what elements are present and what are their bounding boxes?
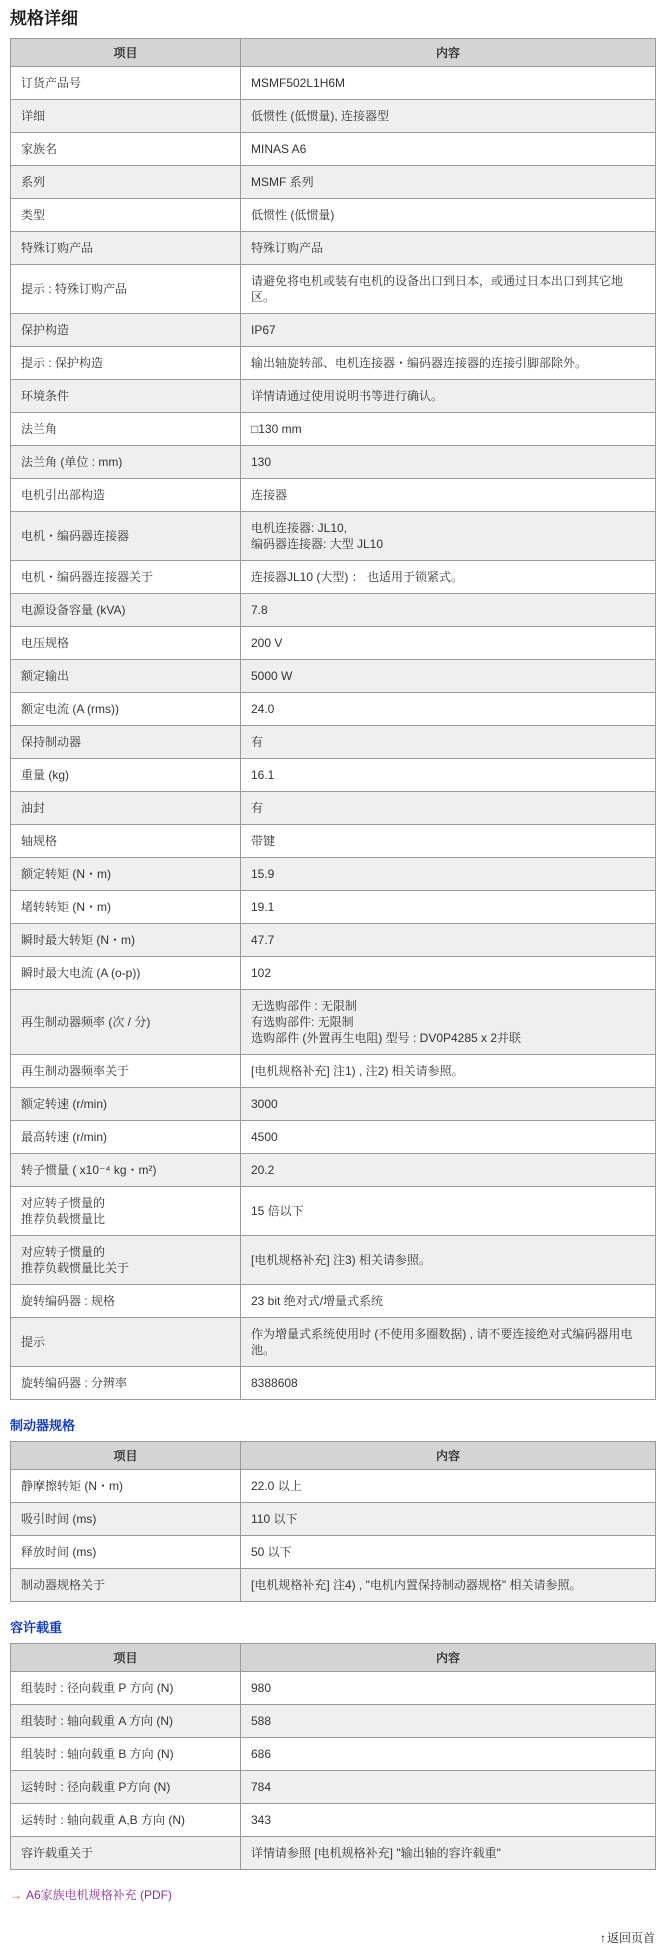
table-row: 提示 : 特殊订购产品请避免将电机或装有电机的设备出口到日本，或通过日本出口到其… — [11, 265, 656, 314]
text-line: 130 — [251, 454, 645, 470]
text-line: 16.1 — [251, 767, 645, 783]
text-line: 7.8 — [251, 602, 645, 618]
text-line: 连接器 — [251, 487, 645, 503]
section-spec-details: 项目 内容 订货产品号MSMF502L1H6M详细低惯性 (低惯量), 连接器型… — [10, 38, 655, 1400]
back-to-top-row: ↑返回页首 — [10, 1930, 655, 1946]
table-row: 保护构造IP67 — [11, 314, 656, 347]
text-line: 提示 : 保护构造 — [21, 355, 230, 371]
text-line: 有 — [251, 800, 645, 816]
table-row: 详细低惯性 (低惯量), 连接器型 — [11, 100, 656, 133]
text-line: IP67 — [251, 322, 645, 338]
spec-item-cell: 电机・编码器连接器 — [11, 512, 241, 561]
text-line: 对应转子惯量的 — [21, 1195, 230, 1211]
table-row: 提示 : 保护构造输出轴旋转部、电机连接器・编码器连接器的连接引脚部除外。 — [11, 347, 656, 380]
table-row: 法兰角 (单位 : mm)130 — [11, 446, 656, 479]
text-line: 5000 W — [251, 668, 645, 684]
table-row: 组装时 : 径向载重 P 方向 (N)980 — [11, 1672, 656, 1705]
table-row: 额定转速 (r/min)3000 — [11, 1088, 656, 1121]
text-line: 电机・编码器连接器 — [21, 528, 230, 544]
text-line: 提示 — [21, 1334, 230, 1350]
spec-value-cell: 980 — [241, 1672, 656, 1705]
table-row: 电机・编码器连接器电机连接器: JL10,编码器连接器: 大型 JL10 — [11, 512, 656, 561]
text-line: 特殊订购产品 — [21, 240, 230, 256]
spec-item-cell: 油封 — [11, 792, 241, 825]
spec-value-cell: 20.2 — [241, 1154, 656, 1187]
text-line: 堵转转矩 (N・m) — [21, 899, 230, 915]
text-line: 作为增量式系统使用时 (不使用多圈数据) , 请不要连接绝对式编码器用电池。 — [251, 1326, 645, 1358]
text-line: 连接器JL10 (大型) ： 也适用于锁紧式。 — [251, 569, 645, 585]
spec-value-cell: 4500 — [241, 1121, 656, 1154]
text-line: 再生制动器频率 (次 / 分) — [21, 1014, 230, 1030]
text-line: 47.7 — [251, 932, 645, 948]
text-line: 轴规格 — [21, 833, 230, 849]
spec-value-cell: 110 以下 — [241, 1503, 656, 1536]
text-line: 对应转子惯量的 — [21, 1244, 230, 1260]
text-line: 详情请通过使用说明书等进行确认。 — [251, 388, 645, 404]
spec-item-cell: 瞬时最大电流 (A (o-p)) — [11, 957, 241, 990]
table-header-row: 项目 内容 — [11, 1442, 656, 1470]
spec-item-cell: 电源设备容量 (kVA) — [11, 594, 241, 627]
spec-item-cell: 释放时间 (ms) — [11, 1536, 241, 1569]
column-header-content: 内容 — [241, 39, 656, 67]
spec-value-cell: 15.9 — [241, 858, 656, 891]
spec-value-cell: 特殊订购产品 — [241, 232, 656, 265]
text-line: [电机规格补充] 注4) , "电机内置保持制动器规格" 相关请参照。 — [251, 1577, 645, 1593]
text-line: 23 bit 绝对式/增量式系统 — [251, 1293, 645, 1309]
table-row: 转子惯量 ( x10⁻⁴ kg・m²)20.2 — [11, 1154, 656, 1187]
text-line: 电机引出部构造 — [21, 487, 230, 503]
spec-value-cell: 784 — [241, 1771, 656, 1804]
text-line: 释放时间 (ms) — [21, 1544, 230, 1560]
text-line: 保持制动器 — [21, 734, 230, 750]
spec-item-cell: 转子惯量 ( x10⁻⁴ kg・m²) — [11, 1154, 241, 1187]
text-line: 电压规格 — [21, 635, 230, 651]
column-header-item: 项目 — [11, 1442, 241, 1470]
text-line: 家族名 — [21, 141, 230, 157]
table-row: 家族名MINAS A6 — [11, 133, 656, 166]
spec-item-cell: 额定电流 (A (rms)) — [11, 693, 241, 726]
text-line: 法兰角 — [21, 421, 230, 437]
spec-value-cell: 19.1 — [241, 891, 656, 924]
text-line: 有选购部件: 无限制 — [251, 1014, 645, 1030]
spec-item-cell: 提示 : 特殊订购产品 — [11, 265, 241, 314]
spec-item-cell: 堵转转矩 (N・m) — [11, 891, 241, 924]
text-line: 3000 — [251, 1096, 645, 1112]
text-line: 20.2 — [251, 1162, 645, 1178]
arrow-up-icon: ↑ — [600, 1931, 606, 1945]
spec-value-cell: [电机规格补充] 注3) 相关请参照。 — [241, 1236, 656, 1285]
table-row: 法兰角□130 mm — [11, 413, 656, 446]
table-row: 瞬时最大转矩 (N・m)47.7 — [11, 924, 656, 957]
table-row: 轴规格带键 — [11, 825, 656, 858]
spec-item-cell: 静摩擦转矩 (N・m) — [11, 1470, 241, 1503]
table-row: 瞬时最大电流 (A (o-p))102 — [11, 957, 656, 990]
spec-value-cell: 22.0 以上 — [241, 1470, 656, 1503]
brake-spec-heading: 制动器规格 — [10, 1418, 655, 1434]
table-row: 静摩擦转矩 (N・m)22.0 以上 — [11, 1470, 656, 1503]
spec-value-cell: 有 — [241, 792, 656, 825]
spec-item-cell: 制动器规格关于 — [11, 1569, 241, 1602]
spec-item-cell: 家族名 — [11, 133, 241, 166]
spec-item-cell: 额定转速 (r/min) — [11, 1088, 241, 1121]
column-header-content: 内容 — [241, 1442, 656, 1470]
text-line: 686 — [251, 1746, 645, 1762]
text-line: 343 — [251, 1812, 645, 1828]
table-row: 额定电流 (A (rms))24.0 — [11, 693, 656, 726]
spec-value-cell: 15 倍以下 — [241, 1187, 656, 1236]
spec-value-cell: 200 V — [241, 627, 656, 660]
text-line: 静摩擦转矩 (N・m) — [21, 1478, 230, 1494]
spec-value-cell: 带键 — [241, 825, 656, 858]
spec-item-cell: 旋转编码器 : 分辨率 — [11, 1367, 241, 1400]
spec-value-cell: 请避免将电机或装有电机的设备出口到日本，或通过日本出口到其它地区。 — [241, 265, 656, 314]
spec-item-cell: 法兰角 (单位 : mm) — [11, 446, 241, 479]
text-line: 系列 — [21, 174, 230, 190]
text-line: 50 以下 — [251, 1544, 645, 1560]
text-line: 588 — [251, 1713, 645, 1729]
table-row: 对应转子惯量的推荐负载惯量比15 倍以下 — [11, 1187, 656, 1236]
spec-item-cell: 额定输出 — [11, 660, 241, 693]
spec-item-cell: 瞬时最大转矩 (N・m) — [11, 924, 241, 957]
text-line: 运转时 : 轴向载重 A,B 方向 (N) — [21, 1812, 230, 1828]
spec-value-cell: IP67 — [241, 314, 656, 347]
pdf-link-row: →A6家族电机规格补充 (PDF) — [10, 1886, 655, 1904]
table-row: 油封有 — [11, 792, 656, 825]
table-row: 订货产品号MSMF502L1H6M — [11, 67, 656, 100]
table-row: 运转时 : 径向载重 P方向 (N)784 — [11, 1771, 656, 1804]
spec-item-cell: 提示 — [11, 1318, 241, 1367]
text-line: 旋转编码器 : 规格 — [21, 1293, 230, 1309]
spec-item-cell: 旋转编码器 : 规格 — [11, 1285, 241, 1318]
table-row: 旋转编码器 : 分辨率8388608 — [11, 1367, 656, 1400]
text-line: 推荐负载惯量比关于 — [21, 1260, 230, 1276]
spec-value-cell: MINAS A6 — [241, 133, 656, 166]
spec-item-cell: 对应转子惯量的推荐负载惯量比关于 — [11, 1236, 241, 1285]
text-line: [电机规格补充] 注1) , 注2) 相关请参照。 — [251, 1063, 645, 1079]
spec-item-cell: 对应转子惯量的推荐负载惯量比 — [11, 1187, 241, 1236]
text-line: 油封 — [21, 800, 230, 816]
spec-value-cell: 低惯性 (低惯量) — [241, 199, 656, 232]
spec-item-cell: 电压规格 — [11, 627, 241, 660]
text-line: MSMF 系列 — [251, 174, 645, 190]
spec-item-cell: 额定转矩 (N・m) — [11, 858, 241, 891]
text-line: □130 mm — [251, 421, 645, 437]
text-line: 4500 — [251, 1129, 645, 1145]
spec-value-cell: 5000 W — [241, 660, 656, 693]
text-line: 详情请参照 [电机规格补充] "输出轴的容许载重" — [251, 1845, 645, 1861]
text-line: 电机・编码器连接器关于 — [21, 569, 230, 585]
table-row: 额定输出5000 W — [11, 660, 656, 693]
text-line: 重量 (kg) — [21, 767, 230, 783]
column-header-content: 内容 — [241, 1644, 656, 1672]
spec-item-cell: 运转时 : 径向载重 P方向 (N) — [11, 1771, 241, 1804]
text-line: 电机连接器: JL10, — [251, 520, 645, 536]
text-line: 环境条件 — [21, 388, 230, 404]
spec-value-cell: 23 bit 绝对式/增量式系统 — [241, 1285, 656, 1318]
text-line: 容许载重关于 — [21, 1845, 230, 1861]
table-row: 制动器规格关于[电机规格补充] 注4) , "电机内置保持制动器规格" 相关请参… — [11, 1569, 656, 1602]
spec-value-cell: 输出轴旋转部、电机连接器・编码器连接器的连接引脚部除外。 — [241, 347, 656, 380]
spec-value-cell: 电机连接器: JL10,编码器连接器: 大型 JL10 — [241, 512, 656, 561]
table-row: 系列MSMF 系列 — [11, 166, 656, 199]
text-line: MINAS A6 — [251, 141, 645, 157]
spec-value-cell: 7.8 — [241, 594, 656, 627]
spec-value-cell: 连接器 — [241, 479, 656, 512]
text-line: 保护构造 — [21, 322, 230, 338]
spec-item-cell: 轴规格 — [11, 825, 241, 858]
table-row: 容许载重关于详情请参照 [电机规格补充] "输出轴的容许载重" — [11, 1837, 656, 1870]
text-line: 980 — [251, 1680, 645, 1696]
section-brake-spec: 制动器规格 项目 内容 静摩擦转矩 (N・m)22.0 以上吸引时间 (ms)1… — [10, 1418, 655, 1602]
spec-value-cell: MSMF 系列 — [241, 166, 656, 199]
spec-value-cell: 作为增量式系统使用时 (不使用多圈数据) , 请不要连接绝对式编码器用电池。 — [241, 1318, 656, 1367]
spec-item-cell: 详细 — [11, 100, 241, 133]
table-row: 最高转速 (r/min)4500 — [11, 1121, 656, 1154]
spec-item-cell: 容许载重关于 — [11, 1837, 241, 1870]
text-line: 低惯性 (低惯量), 连接器型 — [251, 108, 645, 124]
spec-item-cell: 类型 — [11, 199, 241, 232]
spec-value-cell: 24.0 — [241, 693, 656, 726]
table-row: 运转时 : 轴向载重 A,B 方向 (N)343 — [11, 1804, 656, 1837]
text-line: 制动器规格关于 — [21, 1577, 230, 1593]
text-line: 低惯性 (低惯量) — [251, 207, 645, 223]
text-line: 电源设备容量 (kVA) — [21, 602, 230, 618]
pdf-link-label: A6家族电机规格补充 (PDF) — [26, 1888, 172, 1902]
text-line: 组装时 : 径向载重 P 方向 (N) — [21, 1680, 230, 1696]
table-row: 电源设备容量 (kVA)7.8 — [11, 594, 656, 627]
column-header-item: 项目 — [11, 39, 241, 67]
text-line: 输出轴旋转部、电机连接器・编码器连接器的连接引脚部除外。 — [251, 355, 645, 371]
spec-value-cell: 588 — [241, 1705, 656, 1738]
page-title: 规格详细 — [10, 8, 655, 30]
table-row: 提示作为增量式系统使用时 (不使用多圈数据) , 请不要连接绝对式编码器用电池。 — [11, 1318, 656, 1367]
table-header-row: 项目 内容 — [11, 1644, 656, 1672]
text-line: 8388608 — [251, 1375, 645, 1391]
section-allowable-load: 容许载重 项目 内容 组装时 : 径向载重 P 方向 (N)980组装时 : 轴… — [10, 1620, 655, 1870]
text-line: 编码器连接器: 大型 JL10 — [251, 536, 645, 552]
spec-item-cell: 吸引时间 (ms) — [11, 1503, 241, 1536]
text-line: 吸引时间 (ms) — [21, 1511, 230, 1527]
text-line: 19.1 — [251, 899, 645, 915]
spec-item-cell: 特殊订购产品 — [11, 232, 241, 265]
text-line: 额定输出 — [21, 668, 230, 684]
spec-value-cell: 343 — [241, 1804, 656, 1837]
text-line: 110 以下 — [251, 1511, 645, 1527]
spec-value-cell: □130 mm — [241, 413, 656, 446]
text-line: 15.9 — [251, 866, 645, 882]
text-line: 额定转矩 (N・m) — [21, 866, 230, 882]
table-row: 旋转编码器 : 规格23 bit 绝对式/增量式系统 — [11, 1285, 656, 1318]
text-line: 再生制动器频率关于 — [21, 1063, 230, 1079]
spec-value-cell: 有 — [241, 726, 656, 759]
text-line: 提示 : 特殊订购产品 — [21, 281, 230, 297]
text-line: MSMF502L1H6M — [251, 75, 645, 91]
text-line: 102 — [251, 965, 645, 981]
spec-item-cell: 最高转速 (r/min) — [11, 1121, 241, 1154]
spec-value-cell: 8388608 — [241, 1367, 656, 1400]
spec-value-cell: [电机规格补充] 注4) , "电机内置保持制动器规格" 相关请参照。 — [241, 1569, 656, 1602]
spec-value-cell: 无选购部件 : 无限制有选购部件: 无限制选购部件 (外置再生电阻) 型号 : … — [241, 990, 656, 1055]
text-line: 无选购部件 : 无限制 — [251, 998, 645, 1014]
table-row: 堵转转矩 (N・m)19.1 — [11, 891, 656, 924]
column-header-item: 项目 — [11, 1644, 241, 1672]
spec-item-cell: 运转时 : 轴向载重 A,B 方向 (N) — [11, 1804, 241, 1837]
spec-value-cell: 686 — [241, 1738, 656, 1771]
spec-item-cell: 提示 : 保护构造 — [11, 347, 241, 380]
text-line: 组装时 : 轴向载重 A 方向 (N) — [21, 1713, 230, 1729]
spec-item-cell: 组装时 : 径向载重 P 方向 (N) — [11, 1672, 241, 1705]
table-row: 电机・编码器连接器关于连接器JL10 (大型) ： 也适用于锁紧式。 — [11, 561, 656, 594]
spec-item-cell: 电机・编码器连接器关于 — [11, 561, 241, 594]
text-line: 法兰角 (单位 : mm) — [21, 454, 230, 470]
arrow-right-icon: → — [10, 1888, 22, 1902]
allowable-load-table: 项目 内容 组装时 : 径向载重 P 方向 (N)980组装时 : 轴向载重 A… — [10, 1643, 656, 1870]
table-row: 再生制动器频率 (次 / 分)无选购部件 : 无限制有选购部件: 无限制选购部件… — [11, 990, 656, 1055]
spec-item-cell: 环境条件 — [11, 380, 241, 413]
spec-value-cell: 47.7 — [241, 924, 656, 957]
text-line: 有 — [251, 734, 645, 750]
table-row: 电压规格200 V — [11, 627, 656, 660]
spec-item-cell: 电机引出部构造 — [11, 479, 241, 512]
table-row: 额定转矩 (N・m)15.9 — [11, 858, 656, 891]
spec-item-cell: 系列 — [11, 166, 241, 199]
text-line: 200 V — [251, 635, 645, 651]
brake-spec-table: 项目 内容 静摩擦转矩 (N・m)22.0 以上吸引时间 (ms)110 以下释… — [10, 1441, 656, 1602]
text-line: 选购部件 (外置再生电阻) 型号 : DV0P4285 x 2并联 — [251, 1030, 645, 1046]
spec-item-cell: 再生制动器频率 (次 / 分) — [11, 990, 241, 1055]
table-row: 特殊订购产品特殊订购产品 — [11, 232, 656, 265]
text-line: 22.0 以上 — [251, 1478, 645, 1494]
text-line: 运转时 : 径向载重 P方向 (N) — [21, 1779, 230, 1795]
text-line: 转子惯量 ( x10⁻⁴ kg・m²) — [21, 1162, 230, 1178]
spec-item-cell: 再生制动器频率关于 — [11, 1055, 241, 1088]
text-line: 额定转速 (r/min) — [21, 1096, 230, 1112]
spec-value-cell: 3000 — [241, 1088, 656, 1121]
table-header-row: 项目 内容 — [11, 39, 656, 67]
spec-value-cell: 连接器JL10 (大型) ： 也适用于锁紧式。 — [241, 561, 656, 594]
table-row: 释放时间 (ms)50 以下 — [11, 1536, 656, 1569]
text-line: 旋转编码器 : 分辨率 — [21, 1375, 230, 1391]
text-line: 瞬时最大电流 (A (o-p)) — [21, 965, 230, 981]
spec-value-cell: 16.1 — [241, 759, 656, 792]
spec-value-cell: 详情请通过使用说明书等进行确认。 — [241, 380, 656, 413]
spec-value-cell: 102 — [241, 957, 656, 990]
spec-item-cell: 组装时 : 轴向载重 B 方向 (N) — [11, 1738, 241, 1771]
back-to-top-label: 返回页首 — [607, 1931, 655, 1945]
page-content: 规格详细 项目 内容 订货产品号MSMF502L1H6M详细低惯性 (低惯量),… — [0, 0, 671, 1946]
spec-value-cell: 详情请参照 [电机规格补充] "输出轴的容许载重" — [241, 1837, 656, 1870]
text-line: 特殊订购产品 — [251, 240, 645, 256]
table-row: 组装时 : 轴向载重 B 方向 (N)686 — [11, 1738, 656, 1771]
text-line: 带键 — [251, 833, 645, 849]
text-line: 组装时 : 轴向载重 B 方向 (N) — [21, 1746, 230, 1762]
back-to-top-link[interactable]: ↑返回页首 — [600, 1931, 655, 1945]
text-line: 请避免将电机或装有电机的设备出口到日本，或通过日本出口到其它地区。 — [251, 273, 645, 305]
spec-value-cell: MSMF502L1H6M — [241, 67, 656, 100]
spec-item-cell: 组装时 : 轴向载重 A 方向 (N) — [11, 1705, 241, 1738]
table-row: 再生制动器频率关于[电机规格补充] 注1) , 注2) 相关请参照。 — [11, 1055, 656, 1088]
text-line: 详细 — [21, 108, 230, 124]
spec-item-cell: 保持制动器 — [11, 726, 241, 759]
table-row: 对应转子惯量的推荐负载惯量比关于[电机规格补充] 注3) 相关请参照。 — [11, 1236, 656, 1285]
text-line: 15 倍以下 — [251, 1203, 645, 1219]
spec-value-cell: 50 以下 — [241, 1536, 656, 1569]
table-row: 保持制动器有 — [11, 726, 656, 759]
table-row: 吸引时间 (ms)110 以下 — [11, 1503, 656, 1536]
spec-item-cell: 保护构造 — [11, 314, 241, 347]
table-row: 电机引出部构造连接器 — [11, 479, 656, 512]
spec-value-cell: 低惯性 (低惯量), 连接器型 — [241, 100, 656, 133]
text-line: 24.0 — [251, 701, 645, 717]
table-row: 组装时 : 轴向载重 A 方向 (N)588 — [11, 1705, 656, 1738]
text-line: 784 — [251, 1779, 645, 1795]
spec-item-cell: 重量 (kg) — [11, 759, 241, 792]
spec-value-cell: 130 — [241, 446, 656, 479]
text-line: 最高转速 (r/min) — [21, 1129, 230, 1145]
pdf-supplement-link[interactable]: →A6家族电机规格补充 (PDF) — [10, 1888, 172, 1902]
spec-item-cell: 订货产品号 — [11, 67, 241, 100]
text-line: 推荐负载惯量比 — [21, 1211, 230, 1227]
table-row: 类型低惯性 (低惯量) — [11, 199, 656, 232]
spec-item-cell: 法兰角 — [11, 413, 241, 446]
spec-details-table: 项目 内容 订货产品号MSMF502L1H6M详细低惯性 (低惯量), 连接器型… — [10, 38, 656, 1400]
table-row: 环境条件详情请通过使用说明书等进行确认。 — [11, 380, 656, 413]
text-line: 订货产品号 — [21, 75, 230, 91]
allowable-load-heading: 容许载重 — [10, 1620, 655, 1636]
spec-value-cell: [电机规格补充] 注1) , 注2) 相关请参照。 — [241, 1055, 656, 1088]
text-line: 瞬时最大转矩 (N・m) — [21, 932, 230, 948]
text-line: 类型 — [21, 207, 230, 223]
text-line: [电机规格补充] 注3) 相关请参照。 — [251, 1252, 645, 1268]
table-row: 重量 (kg)16.1 — [11, 759, 656, 792]
text-line: 额定电流 (A (rms)) — [21, 701, 230, 717]
